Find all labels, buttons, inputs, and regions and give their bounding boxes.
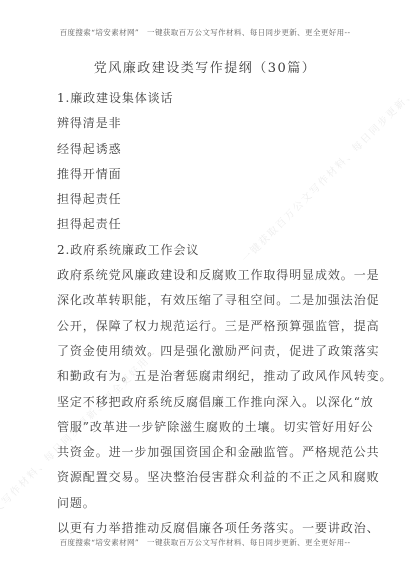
text-line: 推得开情面 xyxy=(57,162,359,187)
text-line: 问题。 xyxy=(57,491,359,516)
footer-ad-banner: 百度搜索“培安素材网” 一键获取百万公文写作材料、每日同步更新、更全更好用-- xyxy=(0,537,410,548)
text-line: 政府系统党风廉政建设和反腐败工作取得明显成效。一是 xyxy=(57,263,359,288)
document-page: 一键获取百万公文写作材料、每日同步更新、更全更好用-- 一键获取百万公文写作材料… xyxy=(0,0,410,580)
text-line: 1.廉政建设集体谈话 xyxy=(57,86,359,111)
page-title: 党风廉政建设类写作提纲（30篇） xyxy=(0,57,410,76)
text-line: 公开，保障了权力规范运行。三是严格预算强监管，提高 xyxy=(57,314,359,339)
text-line: 担得起责任 xyxy=(57,212,359,237)
text-line: 经得起诱惑 xyxy=(57,137,359,162)
document-body: 1.廉政建设集体谈话辨得清是非经得起诱惑推得开情面担得起责任担得起责任2.政府系… xyxy=(57,86,359,541)
text-line: 和勤政有为。五是治奢惩腐肃纲纪，推动了政风作风转变。 xyxy=(57,364,359,389)
text-line: 管服”改革进一步铲除滋生腐败的土壤。切实管好用好公 xyxy=(57,415,359,440)
text-line: 深化改革转职能，有效压缩了寻租空间。二是加强法治促 xyxy=(57,288,359,313)
text-line: 坚定不移把政府系统反腐倡廉工作推向深入。以深化“放 xyxy=(57,390,359,415)
text-line: 共资金。进一步加强国资国企和金融监管。严格规范公共 xyxy=(57,440,359,465)
text-line: 了资金使用绩效。四是强化激励严问责，促进了政策落实 xyxy=(57,339,359,364)
header-ad-banner: 百度搜索“培安素材网” 一键获取百万公文写作材料、每日同步更新、更全更好用-- xyxy=(0,27,410,38)
text-line: 资源配置交易。坚决整治侵害群众利益的不正之风和腐败 xyxy=(57,465,359,490)
text-line: 2.政府系统廉政工作会议 xyxy=(57,238,359,263)
text-line: 辨得清是非 xyxy=(57,111,359,136)
text-line: 担得起责任 xyxy=(57,187,359,212)
